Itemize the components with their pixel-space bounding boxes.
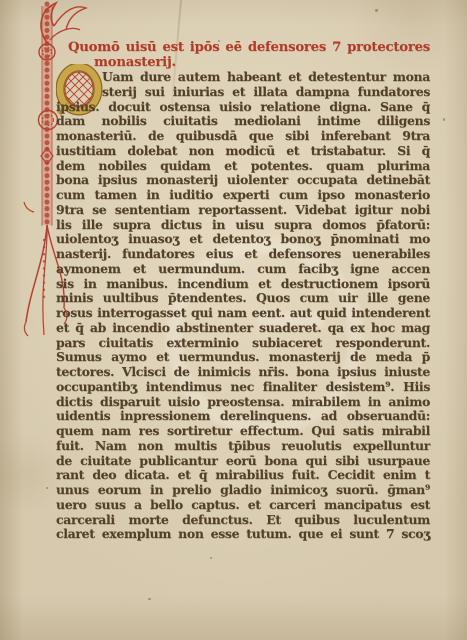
text-line: claret exemplum non esse tutum. que ei s… [56,527,430,542]
text-line: pars ciuitatis exterminio subiaceret res… [56,336,430,351]
text-block: Quomō uisū est ipōs eē defensores 7 prot… [56,40,430,542]
text-line: dem nobiles quidam et potentes. quam plu… [56,159,430,174]
text-line: fuit. Nam non multis tp̄ibus reuolutis e… [56,439,430,454]
text-line: dam nobilis ciuitatis mediolani intime d… [56,114,430,129]
text-line: iustitiam dolebat non modicū et tristaba… [56,144,430,159]
text-line: minis uultibus p̄tendentes. Quos cum uir… [56,291,430,306]
text-line: occupantibʒ intendimus nec finaliter des… [56,380,430,395]
text-line: Sumus aymo et uermundus. monasterij de m… [56,350,430,365]
text-line: sterij sui iniurias et illata dampna fun… [56,85,430,100]
text-line: monasteriū. de quibusdā que sibi infereb… [56,129,430,144]
text-line: rosus interrogasset qui nam eent. aut qu… [56,306,430,321]
ink-speck [210,557,212,559]
text-line: carcerali morte defunctus. Et quibus luc… [56,513,430,528]
text-line: sis in manibus. incendium et destruction… [56,277,430,292]
manuscript-page: Quomō uisū est ipōs eē defensores 7 prot… [0,0,467,640]
text-line: et q̄ ab incendio abstinenter suaderet. … [56,321,430,336]
text-line: rant deo dicata. et q̄ mirabilius fuit. … [56,468,430,483]
text-line: unus eorum in prelio gladio inimicoʒ suo… [56,483,430,498]
text-line: ipsius. docuit ostensa uisio relatione d… [56,100,430,115]
text-line: de ciuitate publicantur eorū bona qui si… [56,454,430,469]
rubric-line: monasterij. [56,55,274,70]
text-line: aymonem et uermundum. cum facibʒ igne ac… [56,262,430,277]
text-line: bona ipsius monasterij uiolenter occupat… [56,173,430,188]
text-line: uero suus a bello captus. et carceri man… [56,498,430,513]
text-line: Uam dure autem habeant et detestentur mo… [56,70,430,85]
ink-speck [46,487,48,489]
ink-speck [218,40,220,42]
text-line: dictis disparuit uisio preostensa. mirab… [56,395,430,410]
ink-speck [148,598,151,600]
rubric-line: Quomō uisū est ipōs eē defensores 7 prot… [56,40,430,55]
text-line: quem nam res sortiretur effectum. Qui sa… [56,424,430,439]
text-line: uidentis inpressionem derelinquens. ad o… [56,409,430,424]
text-line: uiolentoʒ inuasoʒ et detentoʒ bonoʒ p̄no… [56,232,430,247]
ink-speck [443,118,445,121]
text-line: lis ille supra dictus in uisu supra domo… [56,218,430,233]
text-line: 9tra se sententiam reportassent. Videbat… [56,203,430,218]
text-line: nasterij. fundatores eius et defensores … [56,247,430,262]
text-line: cum tamen in iuditio experti cum ipso mo… [56,188,430,203]
ink-speck [375,9,378,12]
ink-speck [428,252,430,254]
text-line: tectores. Vlcisci de inimicis nr̄is. bon… [56,365,430,380]
